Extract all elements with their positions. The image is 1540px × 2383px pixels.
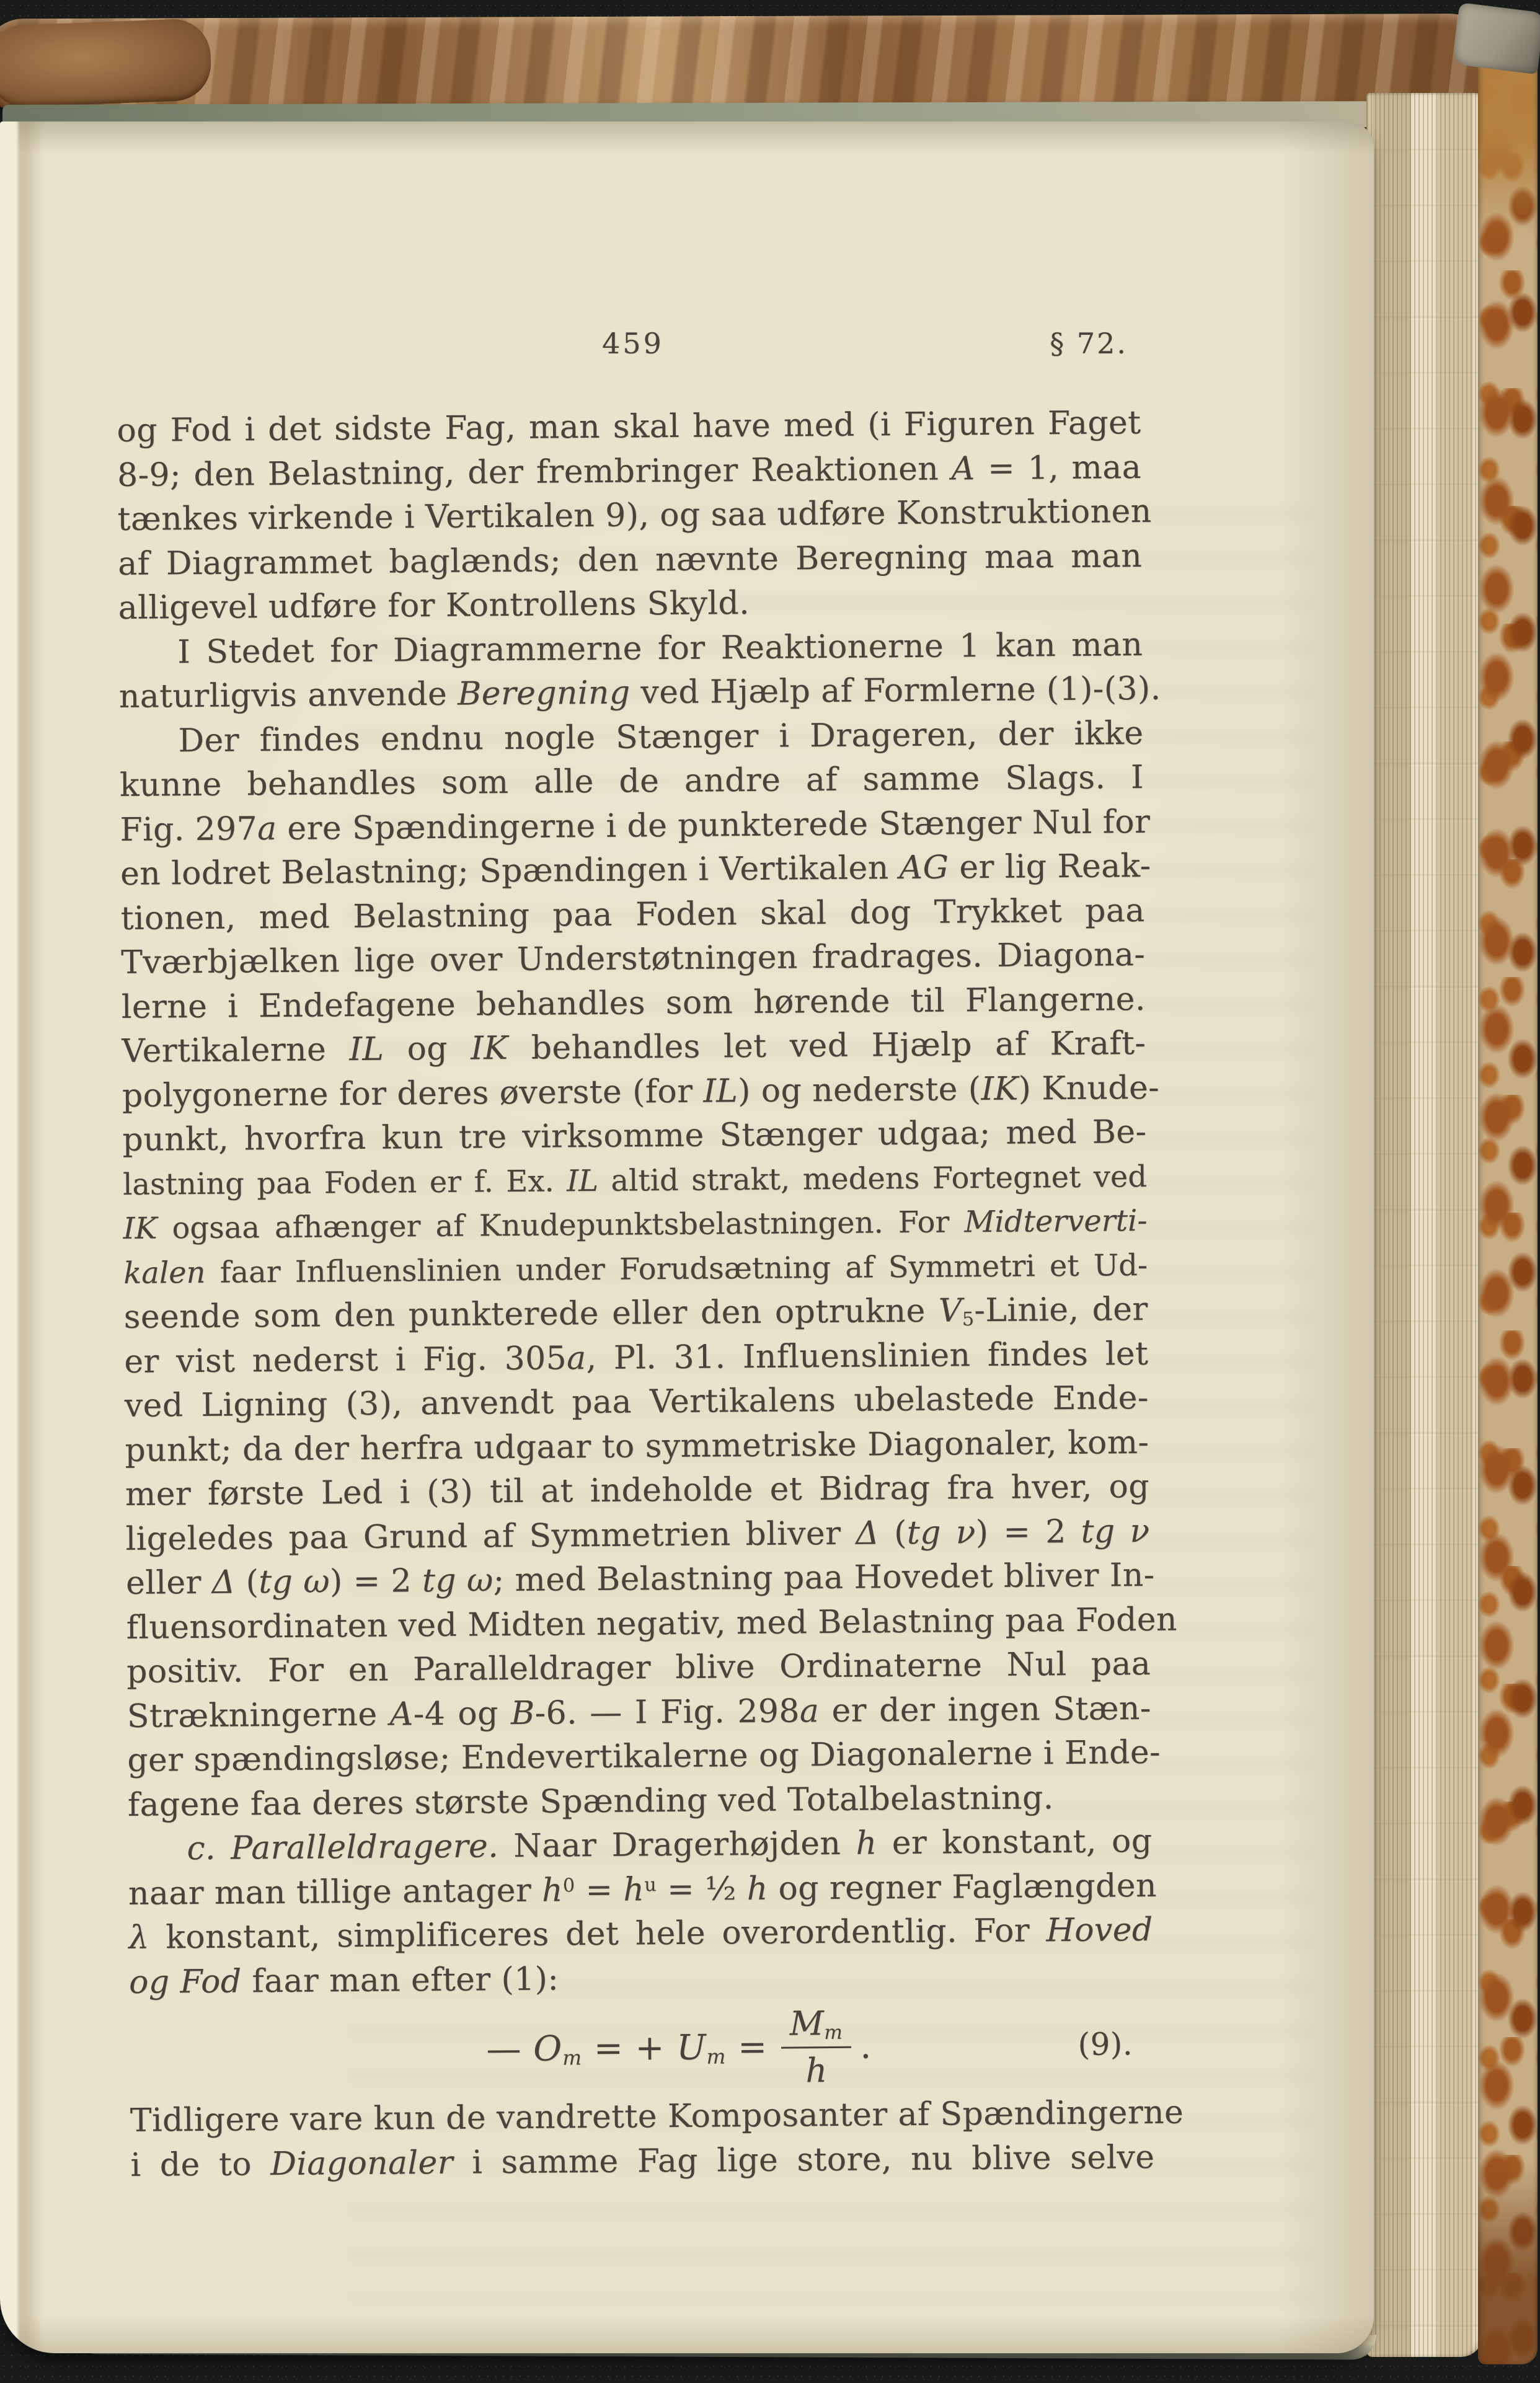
text-line: Tidligere vare kun de vandrette Komposan… [130, 2091, 1155, 2143]
text-line: punkt, hvorfra kun tre virksomme Stænger… [122, 1110, 1147, 1162]
section-mark: § 72. [1050, 324, 1128, 363]
equation-row: — Om = + Um = Mm h . (9). [129, 1997, 1154, 2099]
text-line: fluensordinaten ved Midten negativ, med … [126, 1598, 1151, 1650]
text-line: tænkes virkende i Vertikalen 9), og saa … [117, 490, 1142, 542]
worn-corner-patch [1452, 2, 1540, 74]
text-line: mer første Led i (3) til at indeholde et… [125, 1465, 1150, 1517]
text-line: er vist nederst i Fig. 305a, Pl. 31. Inf… [124, 1332, 1149, 1384]
text-line: naar man tillige antager h0 = hu = ½ h o… [128, 1864, 1153, 1916]
text-line: Strækningerne A-4 og B-6. — I Fig. 298a … [127, 1686, 1152, 1738]
text-line: fagene faa deres største Spænding ved To… [128, 1775, 1153, 1827]
text-line: lerne i Endefagene behandles som hørende… [122, 978, 1146, 1030]
text-line: λ konstant, simplificeres det hele overo… [128, 1908, 1153, 1960]
text-line: i de to Diagonaler i samme Fag lige stor… [130, 2135, 1155, 2187]
text-line: 8-9; den Belastning, der frembringer Rea… [117, 446, 1142, 498]
page-text: og Fod i det sidste Fag, man skal have m… [117, 401, 1154, 2188]
equation-lhs: — Om = + Um = [486, 2027, 768, 2069]
leather-roll-left [0, 18, 212, 108]
text-line: kalen faar Influenslinien under Forudsæt… [123, 1244, 1148, 1296]
text-line: IK ogsaa afhænger af Knudepunktsbelastni… [123, 1199, 1148, 1251]
text-line: ved Ligning (3), anvendt paa Vertikalens… [125, 1376, 1149, 1428]
text-line: Tværbjælken lige over Understøtningen fr… [121, 933, 1146, 985]
fraction-numerator: Mm [781, 2003, 851, 2048]
equation-period: . [860, 2026, 872, 2066]
text-line: en lodret Belastning; Spændingen i Verti… [120, 844, 1145, 896]
text-line: lastning paa Foden er f. Ex. IL altid st… [123, 1155, 1148, 1207]
text-line: naturligvis anvende Beregning ved Hjælp … [119, 667, 1144, 719]
text-line: seende som den punkterede eller den optr… [123, 1288, 1148, 1340]
text-line: og Fod i det sidste Fag, man skal have m… [117, 401, 1141, 453]
text-line: Vertikalerne IL og IK behandles let ved … [122, 1022, 1146, 1074]
text-line: eller Δ (tg ω) = 2 tg ω; med Belastning … [126, 1554, 1151, 1606]
page-number: 459 [121, 324, 1145, 363]
text-line: Der findes endnu nogle Stænger i Dragere… [119, 712, 1144, 764]
text-line: tionen, med Belastning paa Foden skal do… [120, 889, 1145, 941]
text-line: ligeledes paa Grund af Symmetrien bliver… [125, 1509, 1150, 1561]
text-line: c. Paralleldragere. Naar Dragerhøjden h … [128, 1819, 1153, 1872]
equation-fraction: Mm h [781, 2003, 851, 2090]
text-line: positiv. For en Paralleldrager blive Ord… [126, 1642, 1151, 1694]
leather-spine-top-edge [0, 14, 1493, 113]
equation-number: (9). [1078, 2026, 1133, 2062]
text-line: polygonerne for deres øverste (for IL) o… [122, 1066, 1147, 1118]
marbled-cover-edge [1478, 35, 1538, 2364]
text-line: alligevel udføre for Kontrollens Skyld. [118, 578, 1143, 630]
equation: — Om = + Um = Mm h . [486, 2003, 872, 2092]
text-line: ger spændingsløse; Endevertikalerne og D… [127, 1731, 1152, 1783]
text-line: og Fod faar man efter (1): [129, 1952, 1154, 2004]
text-line: Fig. 297a ere Spændingerne i de punktere… [120, 800, 1144, 852]
text-line: kunne behandles som alle de andre af sam… [120, 756, 1144, 808]
page-header: 459 § 72. [121, 324, 1145, 363]
fraction-denominator: h [805, 2048, 828, 2090]
text-line: punkt; da der herfra udgaar to symmetris… [125, 1421, 1149, 1473]
text-line: I Stedet for Diagrammerne for Reaktioner… [118, 623, 1143, 675]
page-stack-fore-edge [1366, 93, 1483, 2357]
text-line: af Diagrammet baglænds; den nævnte Bereg… [118, 534, 1143, 586]
